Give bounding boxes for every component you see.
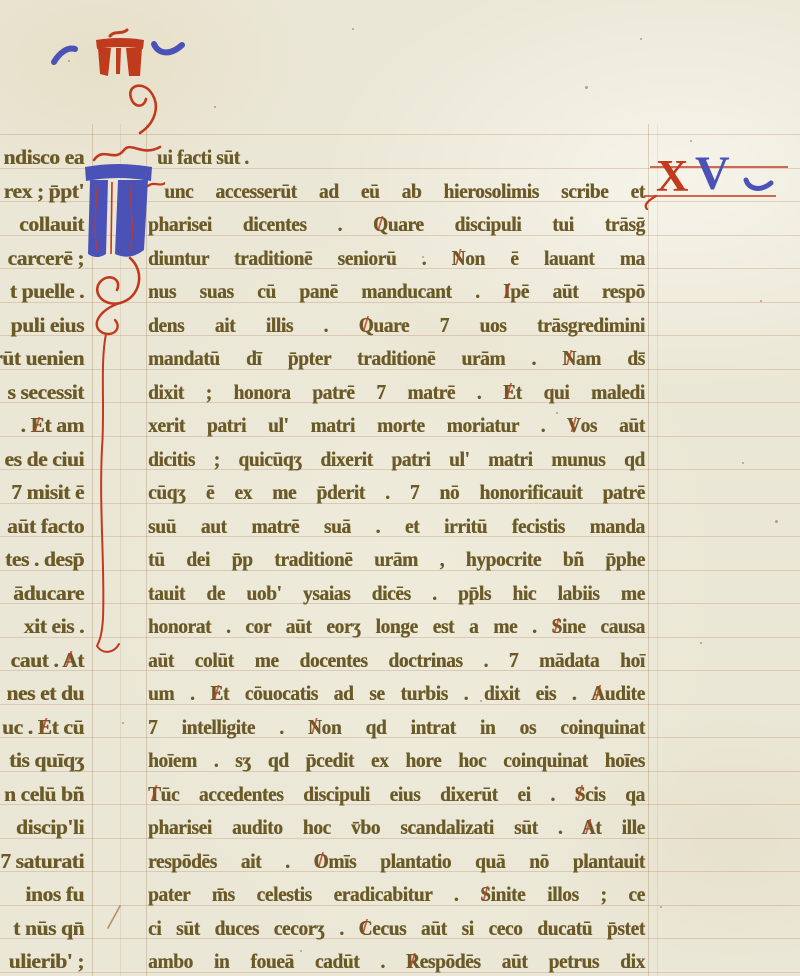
red-touched-capital: E bbox=[30, 413, 44, 437]
parchment-speck bbox=[68, 60, 70, 62]
main-text-line: respōdēs ait . Omīs plantatio quā nō pla… bbox=[148, 838, 645, 872]
blue-comma-flourish bbox=[746, 180, 771, 188]
left-column-fragment: inos fu bbox=[0, 871, 90, 905]
running-title: m̄ bbox=[50, 28, 190, 84]
left-column-fragment: tis quīqʒ bbox=[0, 737, 90, 771]
red-touched-capital: E bbox=[38, 715, 52, 739]
left-column-fragment: ulierib' ; bbox=[0, 938, 90, 972]
left-column-fragment: . Et am bbox=[0, 402, 90, 436]
ruling-vertical bbox=[648, 124, 649, 976]
left-column-fragment: ndisco ea bbox=[0, 134, 90, 168]
main-text-line: um . Et cōuocatis ad se turbis . dixit e… bbox=[148, 670, 645, 704]
manuscript-page: m̄ T X bbox=[0, 0, 800, 976]
red-bottom-curl bbox=[97, 258, 139, 304]
red-touched-capital: N bbox=[451, 246, 465, 270]
main-text-line: xerit patri ul' matri morte moriatur . V… bbox=[148, 402, 645, 436]
parchment-speck bbox=[585, 86, 588, 89]
left-column-fragment: collauit bbox=[0, 201, 90, 235]
parchment-speck bbox=[660, 906, 662, 908]
red-touched-capital: A bbox=[591, 681, 605, 705]
left-column-fragment: discip'li bbox=[0, 804, 90, 838]
parchment-speck bbox=[775, 520, 778, 523]
main-text-line: honorat . cor aūt eorʒ longe est a me . … bbox=[148, 603, 645, 637]
blue-flourish-left bbox=[54, 49, 75, 62]
main-text-line: dens ait illis . Quare 7 uos trāsgredimi… bbox=[148, 302, 645, 336]
blue-left-panel bbox=[88, 180, 108, 257]
main-text-line: tauit de uob' ysaias dicēs . pp̄ls hic l… bbox=[148, 570, 645, 604]
red-leg-left bbox=[98, 48, 111, 76]
left-column-fragment: 7 saturati bbox=[0, 838, 90, 872]
blue-flourish-right bbox=[154, 44, 182, 52]
red-touched-capital: C bbox=[358, 916, 372, 940]
chapter-flourishes bbox=[640, 146, 798, 210]
red-touched-capital: N bbox=[562, 346, 576, 370]
red-leg-right bbox=[126, 48, 142, 76]
left-column-fragment: n celū bñ bbox=[0, 771, 90, 805]
red-touched-capital: S bbox=[480, 882, 490, 906]
left-column-fragment: carcerē ; bbox=[0, 235, 90, 269]
red-touched-capital: Q bbox=[359, 313, 374, 337]
parchment-speck bbox=[480, 700, 482, 702]
red-touched-capital: V bbox=[567, 413, 581, 437]
ruling-vertical bbox=[657, 124, 658, 976]
left-column-fragment: erūt uenien bbox=[0, 335, 90, 369]
red-bottom-curl-2 bbox=[97, 303, 120, 334]
red-tail bbox=[97, 334, 119, 652]
main-text-line: dicitis ; quicūqʒ dixerit patri ul' matr… bbox=[148, 436, 645, 470]
main-text-line: suū aut matrē suā . et irritū fecistis m… bbox=[148, 503, 645, 537]
parchment-speck bbox=[122, 722, 124, 724]
parchment-speck bbox=[700, 642, 702, 644]
gutter-slash-mark bbox=[104, 904, 124, 930]
left-column-fragment: aūt facto bbox=[0, 503, 90, 537]
main-text-line: Tūc accedentes discipuli eius dixerūt ei… bbox=[148, 771, 645, 805]
left-column-fragment: rex ; p̄pt' bbox=[0, 168, 90, 202]
red-tilde bbox=[110, 30, 127, 36]
left-column-fragment: caut . At bbox=[0, 637, 90, 671]
parchment-speck bbox=[640, 38, 642, 40]
red-touched-capital: A bbox=[582, 815, 596, 839]
left-column-fragment: tes . desp̄ bbox=[0, 536, 90, 570]
main-text-line: 7 intelligite . Non qd intrat in os coin… bbox=[148, 704, 645, 738]
red-filigree-1 bbox=[111, 182, 112, 254]
main-text-line: nus suas cū panē manducant . Ipē aūt res… bbox=[148, 268, 645, 302]
parchment-speck bbox=[214, 106, 216, 108]
left-column-fragment: s secessit bbox=[0, 369, 90, 403]
running-title-glyph bbox=[50, 28, 190, 84]
main-text-line: pharisei dicentes . Quare discipuli tui … bbox=[148, 201, 645, 235]
main-text-line: pharisei audito hoc v̄bo scandalizati sū… bbox=[148, 804, 645, 838]
blue-bar bbox=[85, 164, 152, 181]
main-text-line: ci sūt duces cecorʒ . Cecus aūt si ceco … bbox=[148, 905, 645, 939]
red-x-descender bbox=[646, 196, 656, 209]
red-touched-capital: N bbox=[308, 715, 322, 739]
main-text-line: dixit ; honora patrē 7 matrē . Et qui ma… bbox=[148, 369, 645, 403]
main-text-line: hoīem . sʒ qd p̄cedit ex hore hoc coinqu… bbox=[148, 737, 645, 771]
left-column-fragment: xit eis . bbox=[0, 603, 90, 637]
parchment-speck bbox=[352, 28, 354, 30]
red-touched-capital: E bbox=[503, 380, 516, 404]
left-column-fragment: uc . Et cū bbox=[0, 704, 90, 738]
left-column-fragment: t puelle . bbox=[0, 268, 90, 302]
red-leg-mid bbox=[116, 48, 121, 74]
main-text-line: tū dei p̄p traditionē urām , hypocrite b… bbox=[148, 536, 645, 570]
chapter-numeral: X V bbox=[640, 146, 798, 210]
red-top-curl bbox=[130, 86, 156, 133]
main-text-line: aūt colūt me docentes doctrinas . 7 māda… bbox=[148, 637, 645, 671]
left-column-fragment: puli eius bbox=[0, 302, 90, 336]
red-touched-capital: I bbox=[503, 279, 510, 303]
main-text-line: diuntur traditionē seniorū . Non ē lauan… bbox=[148, 235, 645, 269]
red-touched-capital: Q bbox=[373, 212, 388, 236]
main-text-line: ui facti sūt . bbox=[148, 134, 654, 168]
red-touched-capital: E bbox=[210, 681, 223, 705]
main-text-line: cūqʒ ē ex me p̄derit . 7 nō honorificaui… bbox=[148, 469, 645, 503]
red-touched-capital: A bbox=[62, 648, 77, 672]
parchment-speck bbox=[742, 462, 744, 464]
parchment-speck bbox=[556, 412, 558, 414]
main-text-line: unc accesserūt ad eū ab hierosolimis scr… bbox=[148, 168, 645, 202]
main-text-line: ambo in foueā cadūt . Respōdēs aūt petru… bbox=[148, 938, 645, 972]
main-text-line: mandatū dī p̄pter traditionē urām . Nam … bbox=[148, 335, 645, 369]
parchment-speck bbox=[760, 300, 762, 302]
red-touched-capital: S bbox=[551, 614, 561, 638]
main-text-column: ui facti sūt .unc accesserūt ad eū ab hi… bbox=[148, 134, 645, 976]
left-column-fragment: āducare bbox=[0, 570, 90, 604]
parchment-speck bbox=[690, 140, 692, 142]
left-column-fragment: es de ciui bbox=[0, 436, 90, 470]
red-touched-capital: O bbox=[314, 849, 329, 873]
parchment-speck bbox=[300, 950, 302, 952]
left-column-fragment: nes et du bbox=[0, 670, 90, 704]
left-column-fragment: 7 misit ē bbox=[0, 469, 90, 503]
main-text-line: pater m̄s celestis eradicabitur . Sinite… bbox=[148, 871, 645, 905]
red-touched-capital: T bbox=[148, 782, 161, 806]
red-touched-capital: R bbox=[406, 949, 420, 973]
left-text-column: ndisco earex ; p̄pt'collauitcarcerē ;t p… bbox=[0, 134, 90, 976]
left-column-fragment: t nūs qn̄ bbox=[0, 905, 90, 939]
parchment-speck bbox=[422, 256, 424, 258]
red-bar bbox=[96, 38, 144, 49]
red-touched-capital: S bbox=[575, 782, 585, 806]
